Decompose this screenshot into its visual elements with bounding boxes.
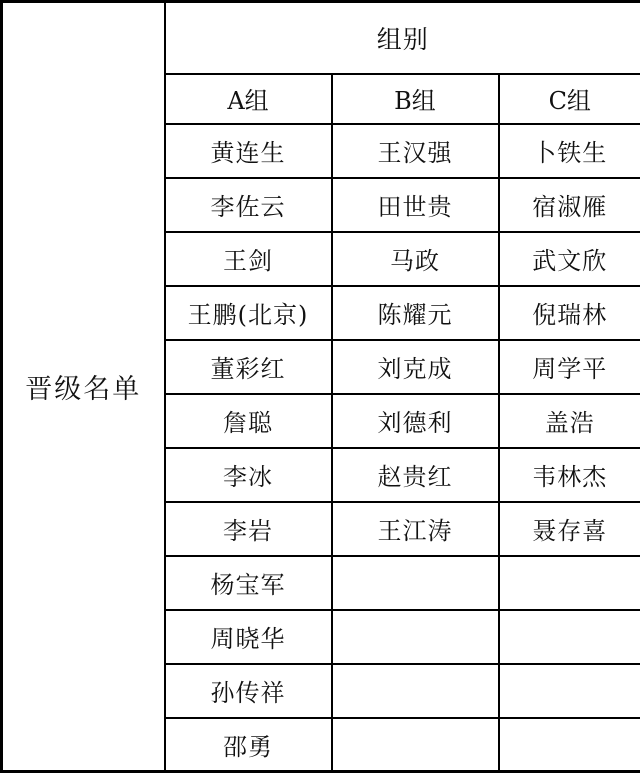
name-cell: 李岩 <box>165 502 332 556</box>
empty-cell <box>499 718 640 772</box>
name-cell: 陈耀元 <box>332 286 499 340</box>
empty-cell <box>332 610 499 664</box>
name-cell: 倪瑞林 <box>499 286 640 340</box>
name-cell: 李冰 <box>165 448 332 502</box>
name-cell: 孙传祥 <box>165 664 332 718</box>
name-cell: 李佐云 <box>165 178 332 232</box>
group-column-header-c: C组 <box>499 74 640 124</box>
name-cell: 韦林杰 <box>499 448 640 502</box>
group-header-row: 晋级名单 组别 <box>2 2 640 74</box>
name-cell: 聂存喜 <box>499 502 640 556</box>
group-column-header-a: A组 <box>165 74 332 124</box>
empty-cell <box>499 664 640 718</box>
name-cell: 马政 <box>332 232 499 286</box>
name-cell: 王剑 <box>165 232 332 286</box>
name-cell: 刘克成 <box>332 340 499 394</box>
name-cell: 赵贵红 <box>332 448 499 502</box>
name-cell: 田世贵 <box>332 178 499 232</box>
name-cell: 王鹏(北京) <box>165 286 332 340</box>
empty-cell <box>332 664 499 718</box>
promotion-roster-page: 晋级名单 组别 A组B组C组 黄连生王汉强卜铁生李佐云田世贵宿淑雁王剑马政武文欣… <box>0 0 640 773</box>
row-label-cell: 晋级名单 <box>2 2 165 772</box>
name-cell: 杨宝军 <box>165 556 332 610</box>
name-cell: 邵勇 <box>165 718 332 772</box>
promotion-roster-table: 晋级名单 组别 A组B组C组 黄连生王汉强卜铁生李佐云田世贵宿淑雁王剑马政武文欣… <box>0 0 640 773</box>
empty-cell <box>499 556 640 610</box>
group-header-cell: 组别 <box>165 2 640 74</box>
group-column-header-b: B组 <box>332 74 499 124</box>
name-cell: 武文欣 <box>499 232 640 286</box>
name-cell: 周学平 <box>499 340 640 394</box>
empty-cell <box>499 610 640 664</box>
name-cell: 王江涛 <box>332 502 499 556</box>
name-cell: 刘德利 <box>332 394 499 448</box>
name-cell: 周晓华 <box>165 610 332 664</box>
empty-cell <box>332 718 499 772</box>
name-cell: 詹聪 <box>165 394 332 448</box>
name-cell: 卜铁生 <box>499 124 640 178</box>
name-cell: 黄连生 <box>165 124 332 178</box>
name-cell: 王汉强 <box>332 124 499 178</box>
name-cell: 董彩红 <box>165 340 332 394</box>
name-cell: 宿淑雁 <box>499 178 640 232</box>
name-cell: 盖浩 <box>499 394 640 448</box>
empty-cell <box>332 556 499 610</box>
